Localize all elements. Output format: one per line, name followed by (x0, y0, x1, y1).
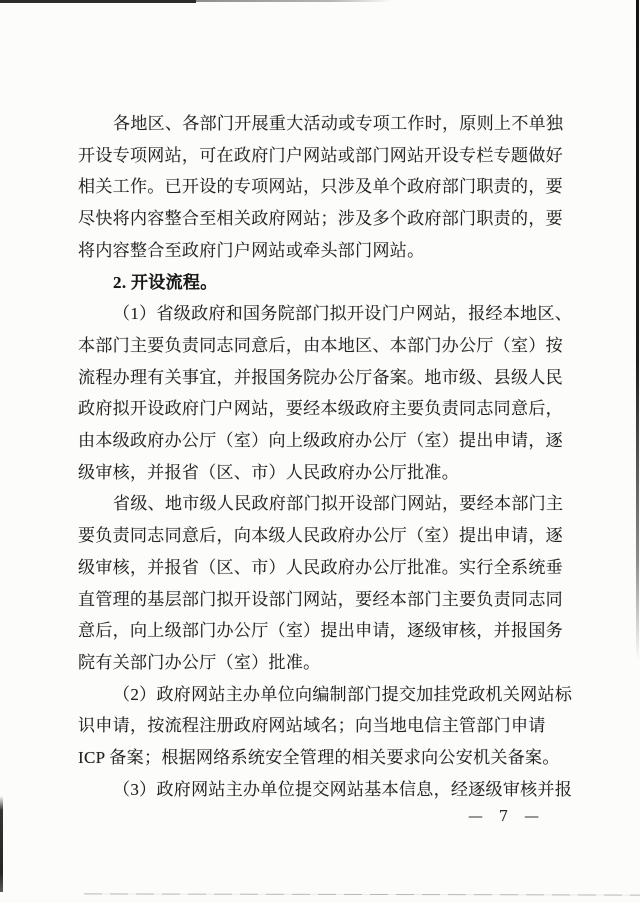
text-line: 直管理的基层部门拟开设部门网站，要经本部门主要负责同志同 (78, 584, 564, 616)
text-line: 本部门主要负责同志同意后，由本地区、本部门办公厅（室）按 (78, 330, 564, 362)
text-line: 开设专项网站，可在政府门户网站或部门网站开设专栏专题做好 (78, 140, 564, 172)
scan-artifact-top-edge-gray (196, 0, 392, 2)
text-line: 流程办理有关事宜，并报国务院办公厅备案。地市级、县级人民 (78, 362, 564, 394)
text-line: 识申请，按流程注册政府网站域名；向当地电信主管部门申请 (78, 710, 564, 742)
text-line: 级审核，并报省（区、市）人民政府办公厅批准。实行全系统垂 (78, 552, 564, 584)
text-line: 相关工作。已开设的专项网站，只涉及单个政府部门职责的，要 (78, 171, 564, 203)
text-line: （1）省级政府和国务院部门拟开设门户网站，报经本地区、 (78, 298, 564, 330)
text-line: （2）政府网站主办单位向编制部门提交加挂党政机关网站标 (78, 679, 564, 711)
text-line: 省级、地市级人民政府部门拟开设部门网站，要经本部门主 (78, 488, 564, 520)
text-line: ICP 备案；根据网络系统安全管理的相关要求向公安机关备案。 (78, 742, 564, 774)
page-number: — 7 — (468, 807, 540, 825)
text-line: 将内容整合至政府门户网站或牵头部门网站。 (78, 235, 564, 267)
text-line: 政府拟开设政府门户网站，要经本级政府主要负责同志同意后， (78, 393, 564, 425)
text-line: 各地区、各部门开展重大活动或专项工作时，原则上不单独 (78, 108, 564, 140)
text-line: 尽快将内容整合至相关政府网站；涉及多个政府部门职责的，要 (78, 203, 564, 235)
text-line: 院有关部门办公厅（室）批准。 (78, 647, 564, 679)
heading-line: 2. 开设流程。 (78, 267, 564, 299)
scan-artifact-right-edge (636, 0, 639, 660)
text-line: 意后，向上级部门办公厅（室）提出申请，逐级审核，并报国务 (78, 615, 564, 647)
scan-artifact-top-edge-dark (0, 0, 196, 3)
document-body: 各地区、各部门开展重大活动或专项工作时，原则上不单独开设专项网站，可在政府门户网… (78, 108, 564, 805)
text-line: 由本级政府办公厅（室）向上级政府办公厅（室）提出申请，逐 (78, 425, 564, 457)
text-line: 要负责同志同意后，向本级人民政府办公厅（室）提出申请，逐 (78, 520, 564, 552)
scan-artifact-left-edge (0, 796, 3, 892)
text-line: （3）政府网站主办单位提交网站基本信息，经逐级审核并报 (78, 774, 564, 806)
scan-artifact-bottom-edge (84, 893, 640, 895)
document-page: 各地区、各部门开展重大活动或专项工作时，原则上不单独开设专项网站，可在政府门户网… (0, 0, 640, 903)
text-line: 级审核，并报省（区、市）人民政府办公厅批准。 (78, 457, 564, 489)
